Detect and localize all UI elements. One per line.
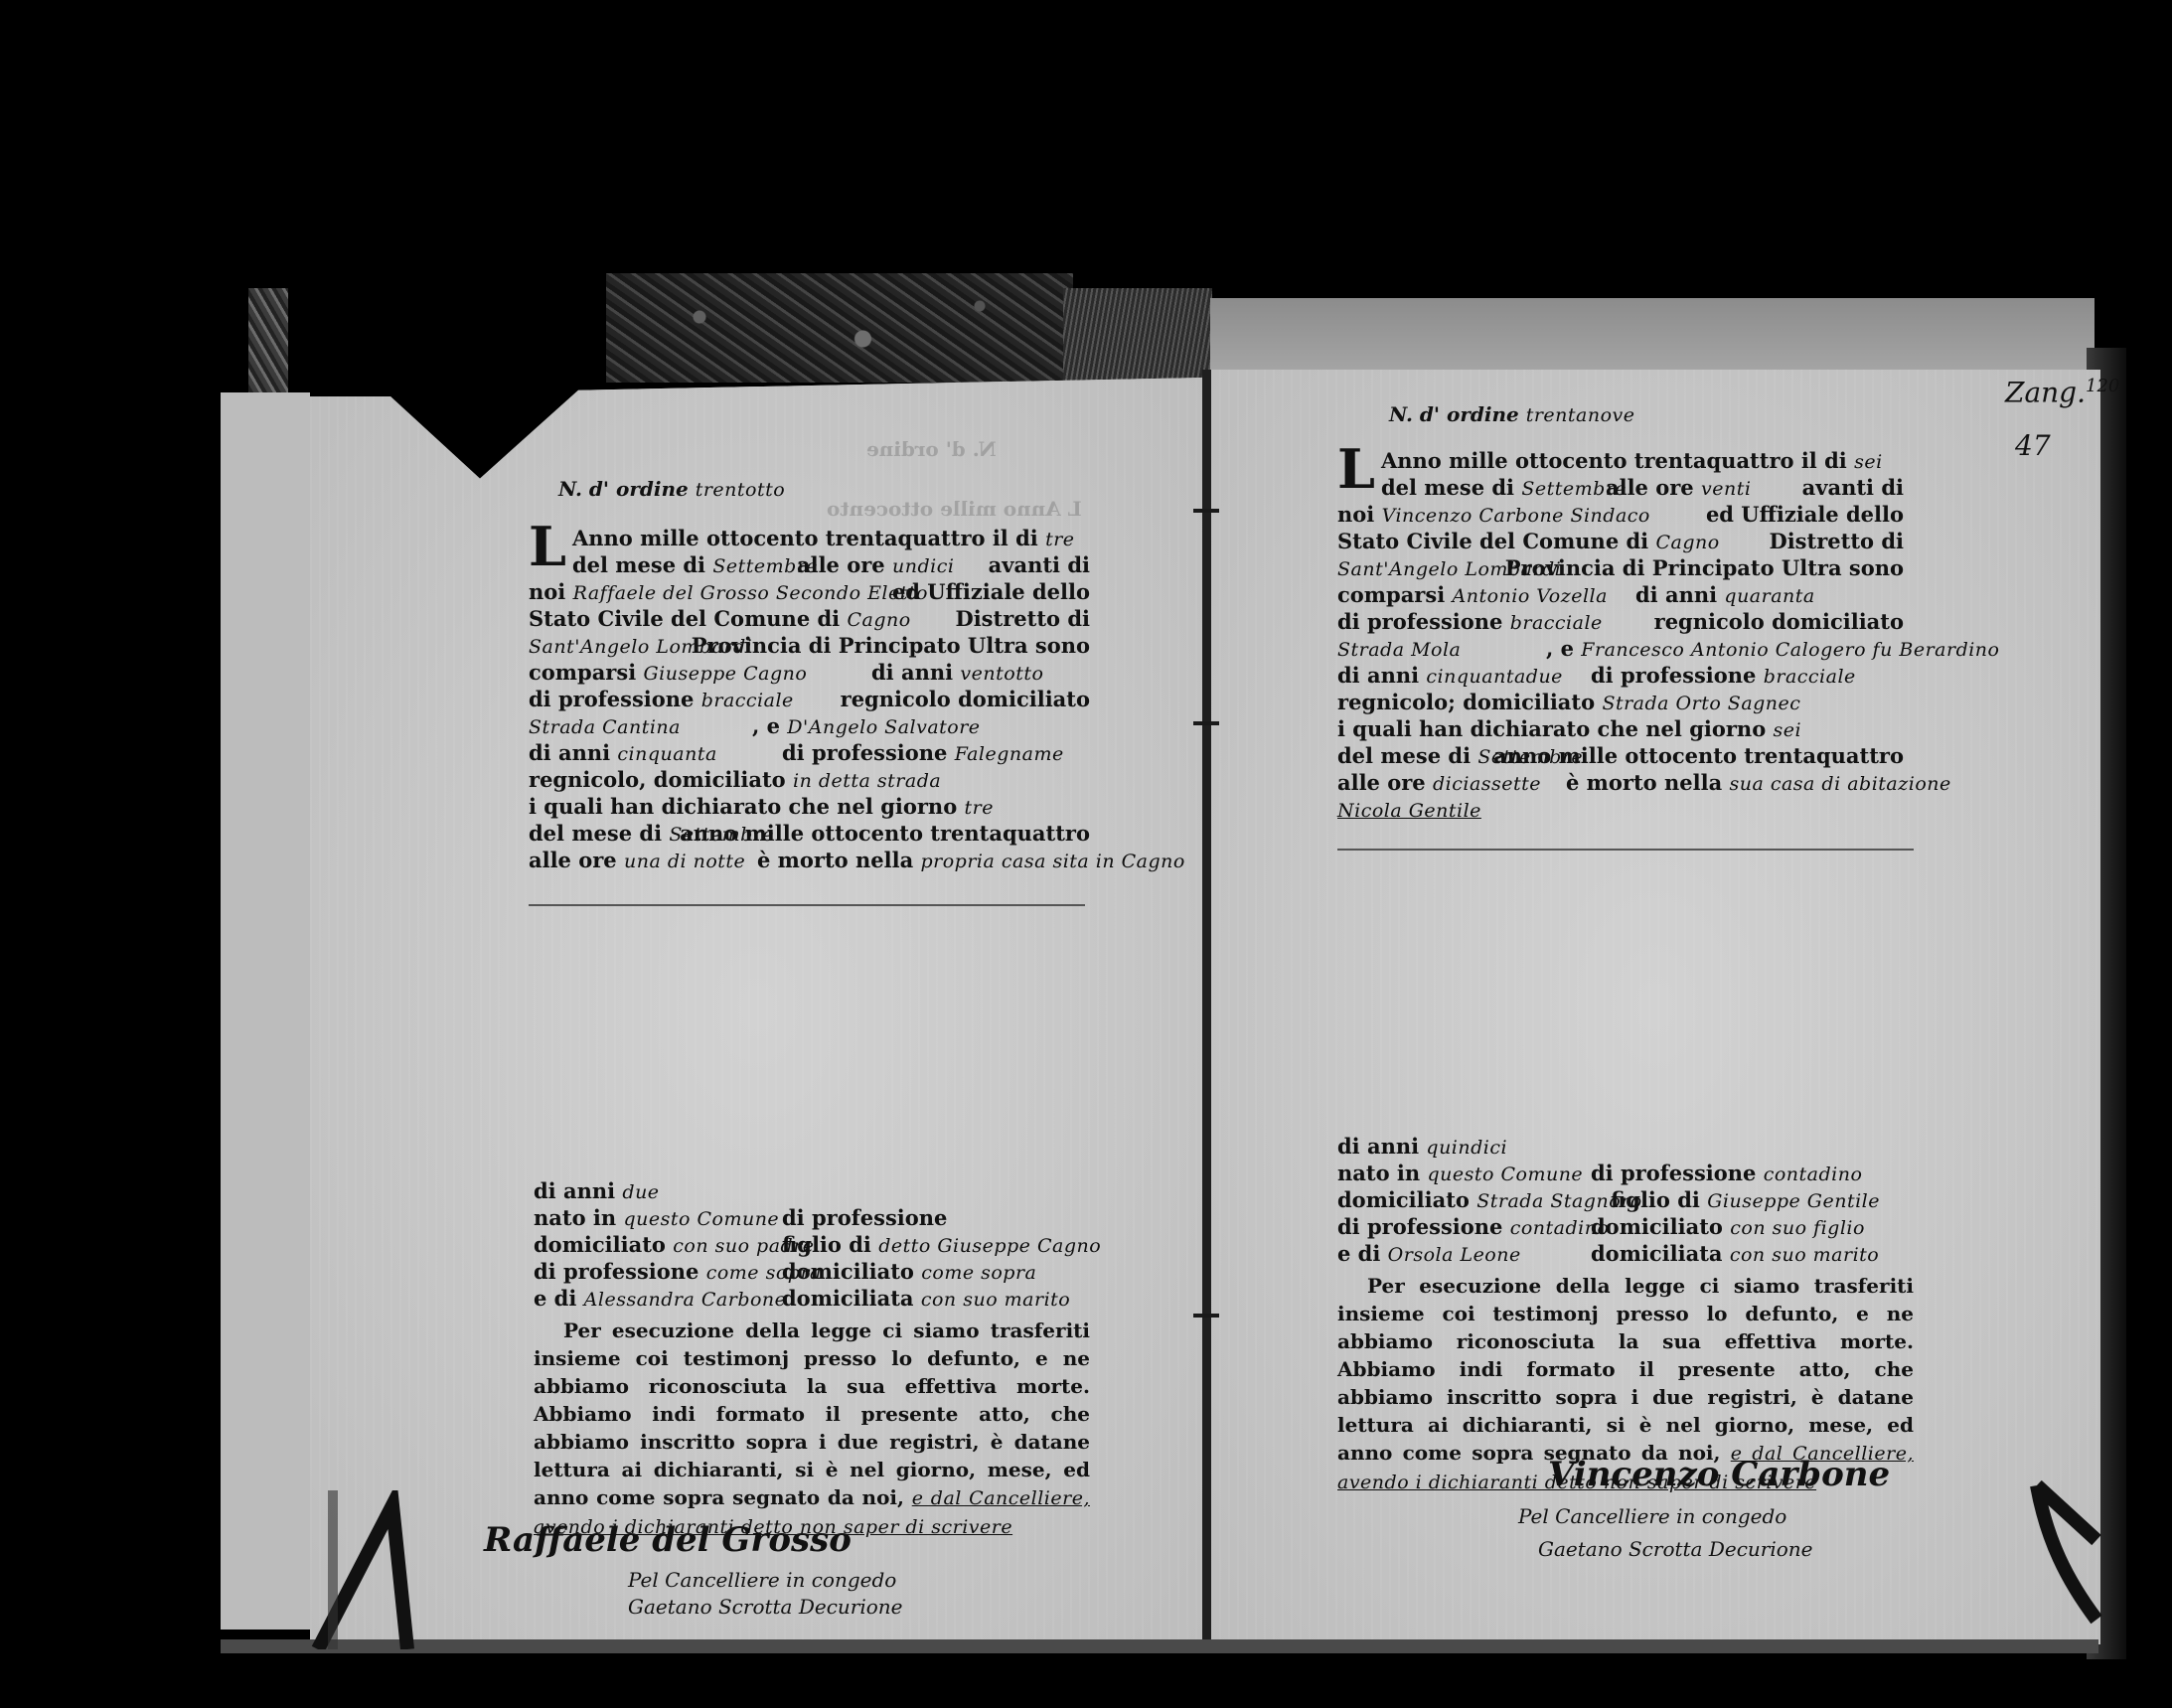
right-page: Zang.120 47 N. d' ordine trentanove LAnn… [1210, 370, 2100, 1644]
folio-number: 47 [2015, 429, 2051, 462]
birthplace: questo Comune [623, 1208, 779, 1230]
witness2-prof-label: di professione [1591, 663, 1756, 688]
ufficiale-label: ed Uffiziale dello [892, 578, 1090, 605]
witness1-age: ventotto [960, 663, 1043, 685]
mother-name: Alessandra Carbone [584, 1289, 787, 1311]
son-of-label: figlio di [782, 1232, 871, 1257]
died-label: è morto nella [1566, 770, 1722, 795]
top-page-flap [1210, 298, 2094, 372]
noi-label: noi [529, 579, 565, 604]
father-prof-label: di professione [1337, 1214, 1502, 1239]
opening-line: Anno mille ottocento trentaquattro il di [1381, 448, 1847, 473]
witness2-domicile: Strada Orto Sagnec [1602, 693, 1800, 714]
deceased-prof-label: di professione [1591, 1161, 1756, 1185]
cover-marbling [606, 273, 1073, 383]
witness1-prof-label: di professione [529, 687, 694, 711]
noi-label: noi [1337, 502, 1374, 527]
witness1-age: quaranta [1724, 585, 1814, 607]
provincia-label: Provincia di Principato Ultra sono [692, 632, 1090, 659]
born-label: nato in [534, 1205, 616, 1230]
father-name: detto Giuseppe Cagno [878, 1235, 1101, 1257]
witness2-age: cinquantadue [1426, 666, 1563, 688]
mother-name: Orsola Leone [1388, 1244, 1521, 1266]
death-hour-label: alle ore [529, 848, 617, 872]
underlying-page-edge [221, 392, 310, 1630]
book-bottom-edge [221, 1639, 2098, 1653]
son-of-label: figlio di [1611, 1187, 1700, 1212]
margin-label: Zang. [2005, 376, 2086, 408]
mother-dom-label: domiciliata [782, 1286, 914, 1311]
mother-label: e di [1337, 1241, 1380, 1266]
death-year: anno mille ottocento trentaquattro [1493, 742, 1904, 769]
left-record-deceased: di anni due nato in questo Comune di pro… [534, 1177, 1095, 1312]
ufficiale-label: ed Uffiziale dello [1706, 501, 1904, 528]
record-day: tre [1045, 529, 1074, 550]
witness1-age-label: di anni [1635, 582, 1717, 607]
bleed-through-text: N. d' ordine [866, 437, 997, 461]
father-prof-label: di professione [534, 1259, 698, 1284]
officer-name: Vincenzo Carbone Sindaco [1382, 505, 1650, 527]
distretto-label: Distretto di [1769, 528, 1904, 554]
cover-marbling-left [248, 288, 288, 407]
death-year: anno mille ottocento trentaquattro [680, 820, 1090, 847]
separator-rule [529, 904, 1085, 906]
death-hour-label: alle ore [1337, 770, 1426, 795]
corner-strap-right [2027, 1480, 2106, 1649]
right-record-header: LAnno mille ottocento trentaquattro il d… [1337, 447, 1904, 823]
died-label: è morto nella [757, 848, 913, 872]
deceased-dom-label: domiciliato [1337, 1187, 1470, 1212]
witness2-name: D'Angelo Salvatore [787, 716, 980, 738]
mother-label: e di [534, 1286, 576, 1311]
signature-line2: Pel Cancelliere in congedo [1518, 1504, 1786, 1528]
closing-text: Per esecuzione della legge ci siamo tras… [534, 1319, 1090, 1509]
death-hour: una di notte [624, 851, 745, 872]
page-gutter [1202, 370, 1211, 1651]
witness1-name: Giuseppe Cagno [643, 663, 807, 685]
regnicolo2-label: regnicolo; domiciliato [1337, 690, 1595, 714]
deceased-age-label: di anni [534, 1178, 615, 1203]
order-value: trentanove [1526, 404, 1635, 426]
distretto-label: Distretto di [955, 605, 1090, 632]
record-hour: venti [1701, 478, 1751, 500]
signature-line3: Gaetano Scrotta Decurione [1538, 1537, 1813, 1561]
witness1-domicile: Strada Mola [1337, 639, 1461, 661]
deceased-dom-label: domiciliato [534, 1232, 666, 1257]
officer-name: Raffaele del Grosso Secondo Eletto [573, 582, 928, 604]
closing-paragraph: Per esecuzione della legge ci siamo tras… [534, 1317, 1090, 1541]
record-day: sei [1854, 451, 1883, 473]
mother-domicile: con suo marito [921, 1289, 1070, 1311]
hour-label: alle ore [797, 552, 885, 577]
left-page: N. d' ordine L Anno mille ottocento N. d… [310, 378, 1204, 1639]
order-value: trentotto [696, 479, 785, 501]
mother-domicile: con suo marito [1730, 1244, 1879, 1266]
and-label: , e [1546, 636, 1574, 661]
order-number: N. d' ordine trentanove [1389, 402, 1635, 426]
witness1-prof: bracciale [1510, 612, 1603, 634]
stato-civile-label: Stato Civile del Comune di [529, 606, 840, 631]
comparsi-label: comparsi [529, 660, 636, 685]
witness2-prof: bracciale [1764, 666, 1856, 688]
father-domicile: come sopra [921, 1262, 1036, 1284]
signature-line2: Pel Cancelliere in congedo [628, 1568, 896, 1592]
deceased-age-label: di anni [1337, 1134, 1419, 1159]
witness2-age: cinquanta [617, 743, 716, 765]
binding-stitch [1193, 721, 1219, 725]
regnicolo2-label: regnicolo, domiciliato [529, 767, 786, 792]
comparsi-label: comparsi [1337, 582, 1445, 607]
declared-label: i quali han dichiarato che nel giorno [1337, 716, 1766, 741]
death-month-label: del mese di [1337, 743, 1471, 768]
witness2-age-label: di anni [529, 740, 610, 765]
witness2-age-label: di anni [1337, 663, 1419, 688]
bleed-through-text: L Anno mille ottocento [827, 497, 1082, 521]
order-number: N. d' ordine trentotto [558, 477, 785, 501]
provincia-label: Provincia di Principato Ultra sono [1505, 554, 1904, 581]
death-day: sei [1774, 719, 1802, 741]
deceased-age: quindici [1426, 1137, 1507, 1159]
order-label: N. d' ordine [1389, 402, 1519, 426]
witness1-prof: bracciale [701, 690, 794, 711]
father-dom-label: domiciliato [1591, 1214, 1723, 1239]
witness1-name: Antonio Vozella [1452, 585, 1607, 607]
deceased-name: Nicola Gentile [1337, 800, 1481, 822]
signature-line3: Gaetano Scrotta Decurione [628, 1595, 903, 1619]
spine-leather [1063, 288, 1212, 383]
deceased-prof: contadino [1764, 1164, 1863, 1185]
opening-line: Anno mille ottocento trentaquattro il di [572, 526, 1038, 550]
month-label: del mese di [1381, 475, 1514, 500]
deceased-prof-label: di professione [782, 1204, 947, 1231]
margin-number: 120 [2086, 376, 2119, 396]
order-label: N. d' ordine [558, 477, 689, 501]
witness2-name: Francesco Antonio Calogero fu Berardino [1581, 639, 1999, 661]
regnicolo-label: regnicolo domiciliato [1654, 608, 1904, 635]
death-day: tre [965, 797, 994, 819]
comune-name: Cagno [847, 609, 910, 631]
witness2-domicile: in detta strada [793, 770, 941, 792]
comune-name: Cagno [1655, 532, 1719, 553]
death-hour: diciassette [1433, 773, 1541, 795]
avanti-label: avanti di [989, 551, 1090, 578]
death-place: propria casa sita in Cagno [920, 851, 1184, 872]
right-record-deceased: di anni quindici nato in questo Comune d… [1337, 1133, 1909, 1267]
birthplace: questo Comune [1427, 1164, 1583, 1185]
father-name: Giuseppe Gentile [1707, 1190, 1880, 1212]
stato-civile-label: Stato Civile del Comune di [1337, 529, 1648, 553]
closing-text: Per esecuzione della legge ci siamo tras… [1337, 1274, 1914, 1465]
binding-stitch [1193, 1314, 1219, 1318]
mother-dom-label: domiciliata [1591, 1241, 1723, 1266]
father-domicile: con suo figlio [1730, 1217, 1865, 1239]
binding-stitch [1193, 509, 1219, 513]
avanti-label: avanti di [1802, 474, 1904, 501]
witness1-age-label: di anni [871, 660, 953, 685]
officer-signature: Raffaele del Grosso [484, 1520, 852, 1560]
witness2-prof-label: di professione [782, 740, 947, 765]
corner-strap-left [298, 1490, 437, 1649]
left-record-header: LAnno mille ottocento trentaquattro il d… [529, 525, 1090, 873]
witness1-prof-label: di professione [1337, 609, 1502, 634]
death-month-label: del mese di [529, 821, 662, 846]
separator-rule [1337, 849, 1914, 851]
born-label: nato in [1337, 1161, 1420, 1185]
margin-note: Zang.120 [2005, 376, 2119, 408]
hour-label: alle ore [1606, 475, 1694, 500]
record-hour: undici [892, 555, 954, 577]
month-label: del mese di [572, 552, 705, 577]
father-dom-label: domiciliato [782, 1259, 914, 1284]
deceased-age: due [622, 1181, 659, 1203]
death-place: sua casa di abitazione [1729, 773, 1950, 795]
regnicolo-label: regnicolo domiciliato [841, 686, 1090, 712]
witness2-prof: Falegname [955, 743, 1064, 765]
and-label: , e [752, 713, 780, 738]
witness1-domicile: Strada Cantina [529, 716, 681, 738]
declared-label: i quali han dichiarato che nel giorno [529, 794, 957, 819]
officer-signature: Vincenzo Carbone [1548, 1455, 1890, 1494]
